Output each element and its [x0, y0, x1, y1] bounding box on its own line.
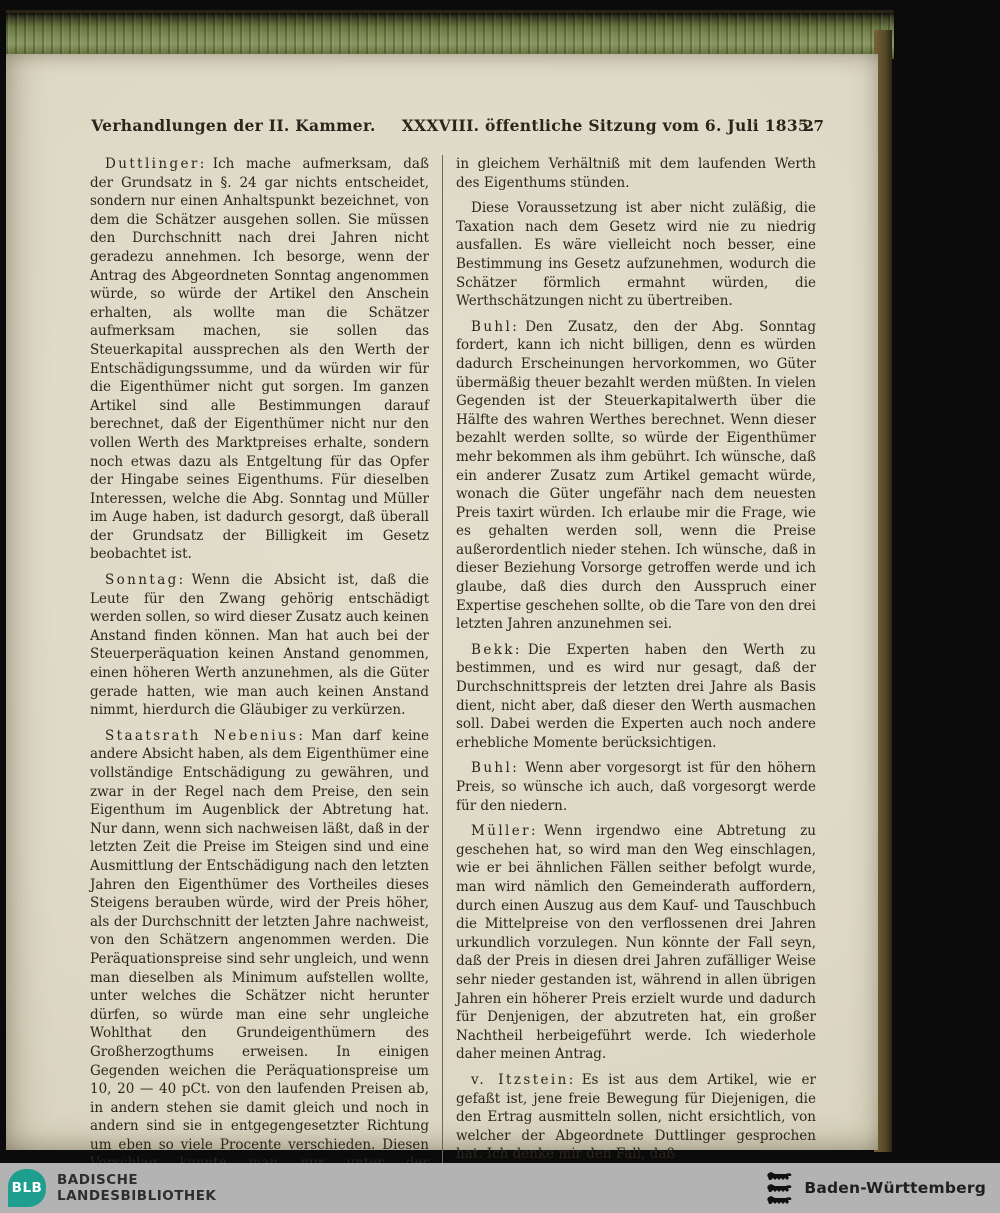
paragraph: Bekk:Die Experten haben den Werth zu bes… — [456, 641, 816, 753]
paragraph-text: Wenn die Absicht ist, daß die Leute für … — [90, 572, 429, 718]
session-title: XXXVIII. öffentliche Sitzung vom 6. Juli… — [402, 116, 815, 135]
library-name: BADISCHE LANDESBIBLIOTHEK — [57, 1172, 216, 1205]
library-name-line2: LANDESBIBLIOTHEK — [57, 1188, 216, 1205]
paragraph-text: Diese Voraussetzung ist aber nicht zuläß… — [456, 200, 816, 309]
paragraph-text: Den Zusatz, den der Abg. Sonntag fordert… — [456, 319, 816, 633]
speaker-name: Buhl: — [471, 760, 519, 776]
book-top-edge — [6, 10, 894, 59]
scanned-page: Verhandlungen der II. Kammer.XXXVIII. öf… — [6, 54, 878, 1150]
speaker-name: Bekk: — [471, 642, 522, 658]
paragraph: Duttlinger:Ich mache aufmerksam, daß der… — [90, 155, 429, 564]
page-header: Verhandlungen der II. Kammer.XXXVIII. öf… — [90, 116, 816, 135]
library-footer-bar: BLB BADISCHE LANDESBIBLIOTHEK Baden-Würt… — [0, 1163, 1000, 1213]
journal-title: Verhandlungen der II. Kammer. — [91, 116, 375, 135]
paragraph-text: Wenn irgendwo eine Abtretung zu geschehe… — [456, 823, 816, 1062]
library-branding: BLB BADISCHE LANDESBIBLIOTHEK — [8, 1169, 216, 1207]
speaker-name: v. Itzstein: — [471, 1072, 576, 1088]
column-left: Duttlinger:Ich mache aufmerksam, daß der… — [90, 155, 442, 1213]
speaker-name: Buhl: — [471, 319, 519, 335]
state-branding: Baden-Württemberg — [766, 1171, 986, 1206]
paragraph: Buhl:Den Zusatz, den der Abg. Sonntag fo… — [456, 318, 816, 634]
speaker-name: Sonntag: — [105, 572, 186, 588]
speaker-name: Duttlinger: — [105, 156, 207, 172]
baden-wuerttemberg-lions-icon — [766, 1171, 794, 1206]
speaker-name: Staatsrath Nebenius: — [105, 728, 305, 744]
paragraph: Müller:Wenn irgendwo eine Abtretung zu g… — [456, 822, 816, 1064]
paragraph: Diese Voraussetzung ist aber nicht zuläß… — [456, 199, 816, 311]
speaker-name: Müller: — [471, 823, 538, 839]
page-number: 27 — [803, 117, 824, 135]
paragraph-text: in gleichem Verhältniß mit dem laufenden… — [456, 156, 816, 191]
paragraph: in gleichem Verhältniß mit dem laufenden… — [456, 155, 816, 192]
paragraph-text: Ich mache aufmerksam, daß der Grundsatz … — [90, 156, 429, 562]
paragraph: Staatsrath Nebenius:Man darf keine ander… — [90, 727, 429, 1210]
paragraph-text: Die Experten haben den Werth zu bestimme… — [456, 642, 816, 751]
paragraph: Buhl:Wenn aber vorgesorgt ist für den hö… — [456, 759, 816, 815]
paragraph-text: Man darf keine andere Absicht haben, als… — [90, 728, 429, 1209]
paragraph: v. Itzstein:Es ist aus dem Artikel, wie … — [456, 1071, 816, 1164]
scan-viewport: Verhandlungen der II. Kammer.XXXVIII. öf… — [0, 0, 1000, 1213]
blb-logo-icon: BLB — [8, 1169, 46, 1207]
text-columns: Duttlinger:Ich mache aufmerksam, daß der… — [90, 155, 816, 1213]
library-name-line1: BADISCHE — [57, 1172, 216, 1189]
column-right: in gleichem Verhältniß mit dem laufenden… — [442, 155, 816, 1213]
state-name: Baden-Württemberg — [804, 1179, 986, 1197]
paragraph: Sonntag:Wenn die Absicht ist, daß die Le… — [90, 571, 429, 720]
